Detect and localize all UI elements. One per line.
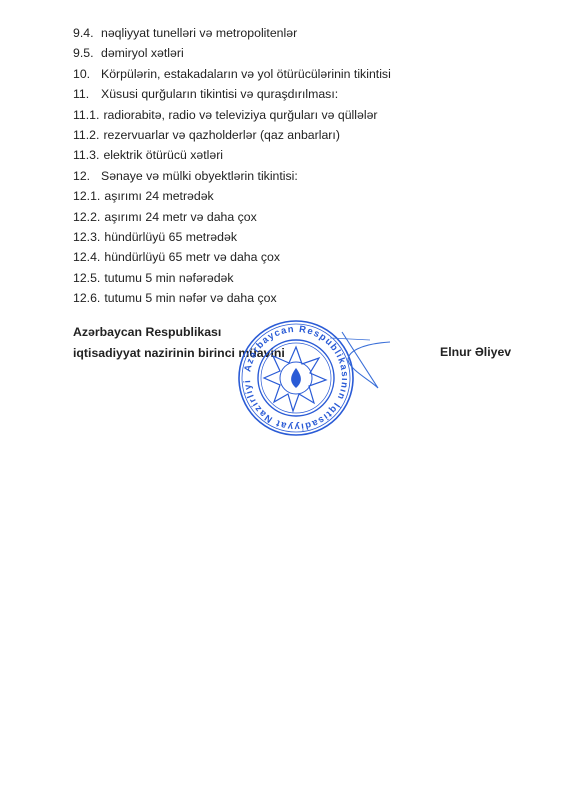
item-number: 11. <box>73 84 101 104</box>
item-list: 9.4.nəqliyyat tunelləri və metropolitenl… <box>73 23 391 308</box>
list-item: 12.4.hündürlüyü 65 metr və daha çox <box>73 247 391 267</box>
item-text: Sənaye və mülki obyektlərin tikintisi: <box>101 169 298 183</box>
item-number: 12.4. <box>73 247 100 267</box>
item-text: tutumu 5 min nəfərədək <box>104 271 233 285</box>
item-number: 9.4. <box>73 23 101 43</box>
list-item: 9.5.dəmiryol xətləri <box>73 43 391 63</box>
item-number: 11.1. <box>73 105 99 125</box>
item-text: rezervuarlar və qazholderlər (qaz anbarl… <box>103 128 339 142</box>
item-number: 9.5. <box>73 43 101 63</box>
item-number: 12.2. <box>73 207 100 227</box>
list-item: 10.Körpülərin, estakadaların və yol ötür… <box>73 64 391 84</box>
item-text: hündürlüyü 65 metr və daha çox <box>104 250 280 264</box>
item-text: radiorabitə, radio və televiziya qurğula… <box>103 108 377 122</box>
item-number: 12.6. <box>73 288 100 308</box>
list-item: 9.4.nəqliyyat tunelləri və metropolitenl… <box>73 23 391 43</box>
item-text: aşırımı 24 metr və daha çox <box>104 210 256 224</box>
item-number: 12.1. <box>73 186 100 206</box>
item-text: Körpülərin, estakadaların və yol ötürücü… <box>101 67 391 81</box>
item-number: 12. <box>73 166 101 186</box>
handwritten-signature-icon <box>330 330 410 400</box>
list-item: 11.2.rezervuarlar və qazholderlər (qaz a… <box>73 125 391 145</box>
item-text: nəqliyyat tunelləri və metropolitenlər <box>101 26 297 40</box>
list-item: 12.6.tutumu 5 min nəfər və daha çox <box>73 288 391 308</box>
item-text: Xüsusi qurğuların tikintisi və quraşdırı… <box>101 87 338 101</box>
item-text: dəmiryol xətləri <box>101 46 184 60</box>
list-item: 12.1.aşırımı 24 metrədək <box>73 186 391 206</box>
signer-name: Elnur Əliyev <box>440 342 511 363</box>
item-number: 10. <box>73 64 101 84</box>
item-text: tutumu 5 min nəfər və daha çox <box>104 291 276 305</box>
item-number: 12.5. <box>73 268 100 288</box>
list-item: 12.Sənaye və mülki obyektlərin tikintisi… <box>73 166 391 186</box>
item-text: aşırımı 24 metrədək <box>104 189 213 203</box>
list-item: 12.3.hündürlüyü 65 metrədək <box>73 227 391 247</box>
list-item: 11.3.elektrik ötürücü xətləri <box>73 145 391 165</box>
list-item: 12.5.tutumu 5 min nəfərədək <box>73 268 391 288</box>
list-item: 12.2.aşırımı 24 metr və daha çox <box>73 207 391 227</box>
item-number: 11.2. <box>73 125 99 145</box>
list-item: 11.Xüsusi qurğuların tikintisi və quraşd… <box>73 84 391 104</box>
item-text: hündürlüyü 65 metrədək <box>104 230 237 244</box>
item-text: elektrik ötürücü xətləri <box>103 148 223 162</box>
item-number: 12.3. <box>73 227 100 247</box>
item-number: 11.3. <box>73 145 99 165</box>
list-item: 11.1.radiorabitə, radio və televiziya qu… <box>73 105 391 125</box>
